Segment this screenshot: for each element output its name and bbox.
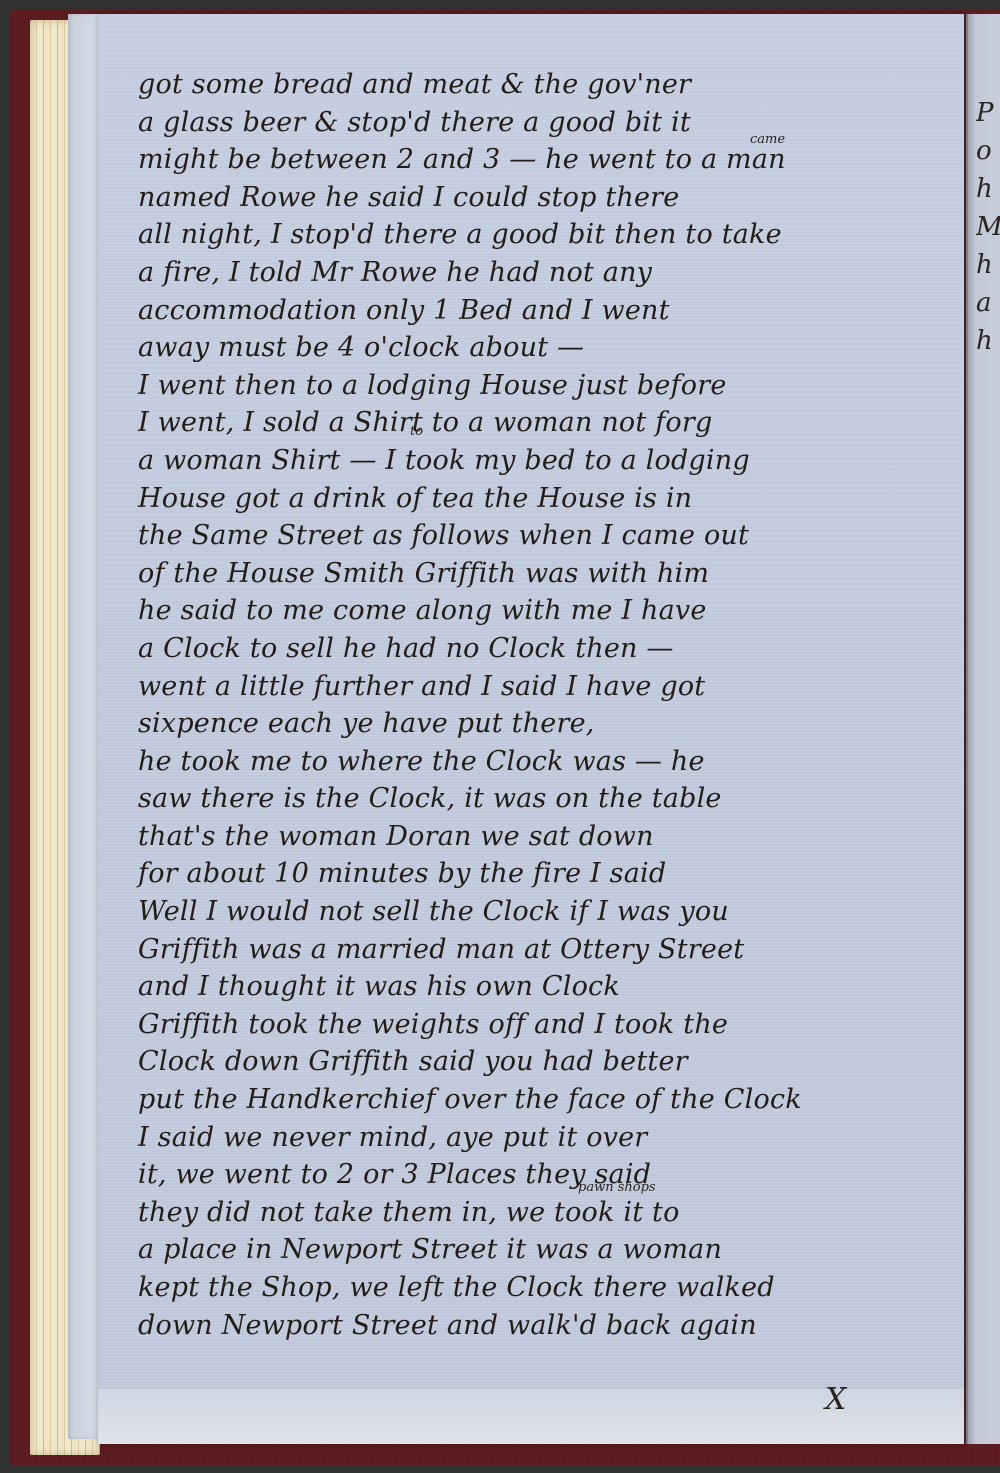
text-line: down Newport Street and walk'd back agai… [138,1307,968,1345]
text-line: saw there is the Clock, it was on the ta… [138,780,968,818]
text-line: I went, I sold a Shirt to a woman not fo… [138,404,968,442]
text-line: he said to me come along with me I have [138,592,968,630]
fragment: o [976,132,1000,170]
text-line: went a little further and I said I have … [138,668,968,706]
text-line: that's the woman Doran we sat down [138,818,968,856]
text-line: the Same Street as follows when I came o… [138,517,968,555]
text-line: a fire, I told Mr Rowe he had not any [138,254,968,292]
text-line: accommodation only 1 Bed and I went [138,292,968,330]
text-line: all night, I stop'd there a good bit the… [138,216,968,254]
text-line: Griffith was a married man at Ottery Str… [138,931,968,969]
book-photo: got some bread and meat & the gov'ner a … [0,0,1000,1473]
text-line: Griffith took the weights off and I took… [138,1006,968,1044]
text-line: I went then to a lodging House just befo… [138,367,968,405]
text-line: a glass beer & stop'd there a good bit i… [138,104,968,142]
text-line: got some bread and meat & the gov'ner [138,66,968,104]
text-line: I said we never mind, aye put it over [138,1119,968,1157]
text-line: of the House Smith Griffith was with him [138,555,968,593]
interlinear-note: to [410,424,423,439]
text-line: House got a drink of tea the House is in [138,480,968,518]
fragment: h [976,170,1000,208]
text-line: put the Handkerchief over the face of th… [138,1081,968,1119]
text-line: a woman Shirt — I took my bed to a lodgi… [138,442,968,480]
interlinear-note: came [750,132,785,147]
facing-page-text-fragments: P o h M h a h [976,94,1000,1394]
text-line: it, we went to 2 or 3 Places they said [138,1156,968,1194]
fragment: a [976,284,1000,322]
fragment: h [976,246,1000,284]
fragment: P [976,94,1000,132]
page-gutter [68,14,98,1439]
handwritten-text-block: got some bread and meat & the gov'ner a … [138,66,968,1344]
text-line: named Rowe he said I could stop there [138,179,968,217]
text-line: sixpence each ye have put there, [138,705,968,743]
text-line: and I thought it was his own Clock [138,968,968,1006]
text-line: they did not take them in, we took it to [138,1194,968,1232]
text-line: might be between 2 and 3 — he went to a … [138,141,968,179]
interlinear-note: pawn shops [578,1180,656,1195]
text-line: Well I would not sell the Clock if I was… [138,893,968,931]
manuscript-page: got some bread and meat & the gov'ner a … [98,14,964,1444]
text-line: away must be 4 o'clock about — [138,329,968,367]
text-line: he took me to where the Clock was — he [138,743,968,781]
facing-page-edge: P o h M h a h [966,14,1000,1444]
text-line: kept the Shop, we left the Clock there w… [138,1269,968,1307]
closing-mark: X [825,1382,846,1417]
text-line: Clock down Griffith said you had better [138,1043,968,1081]
text-line: for about 10 minutes by the fire I said [138,855,968,893]
text-line: a Clock to sell he had no Clock then — [138,630,968,668]
fragment: h [976,322,1000,360]
text-line: a place in Newport Street it was a woman [138,1231,968,1269]
fragment: M [976,208,1000,246]
